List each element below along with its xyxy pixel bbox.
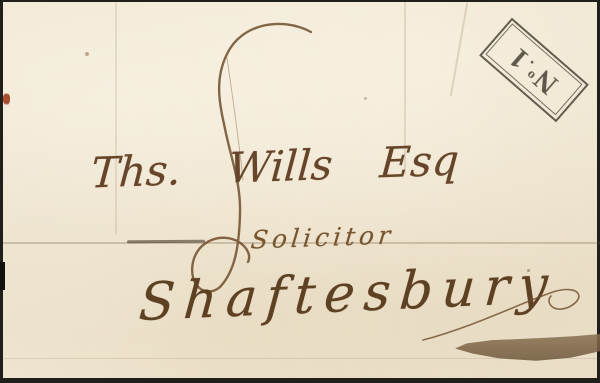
paper-speck (364, 97, 367, 100)
handstamp-inner-frame: No.1 (485, 24, 582, 116)
letter-paper: No.1 Ths. Wills Esq Solicitor Shaftesbur… (3, 2, 597, 378)
paper-speck (85, 52, 89, 56)
no1-boxed-handstamp: No.1 (479, 18, 589, 123)
diagonal-fold-crease (450, 3, 468, 97)
red-wax-spot (3, 92, 10, 106)
addressee-line: Ths. Wills Esq (89, 136, 460, 198)
letter-photo: No.1 Ths. Wills Esq Solicitor Shaftesbur… (0, 0, 600, 383)
photo-edge-notch (0, 262, 5, 290)
handstamp-text: No.1 (505, 42, 564, 98)
occupation-line: Solicitor (250, 220, 396, 254)
pen-flourish (418, 277, 600, 367)
vertical-fold-crease (115, 2, 117, 234)
